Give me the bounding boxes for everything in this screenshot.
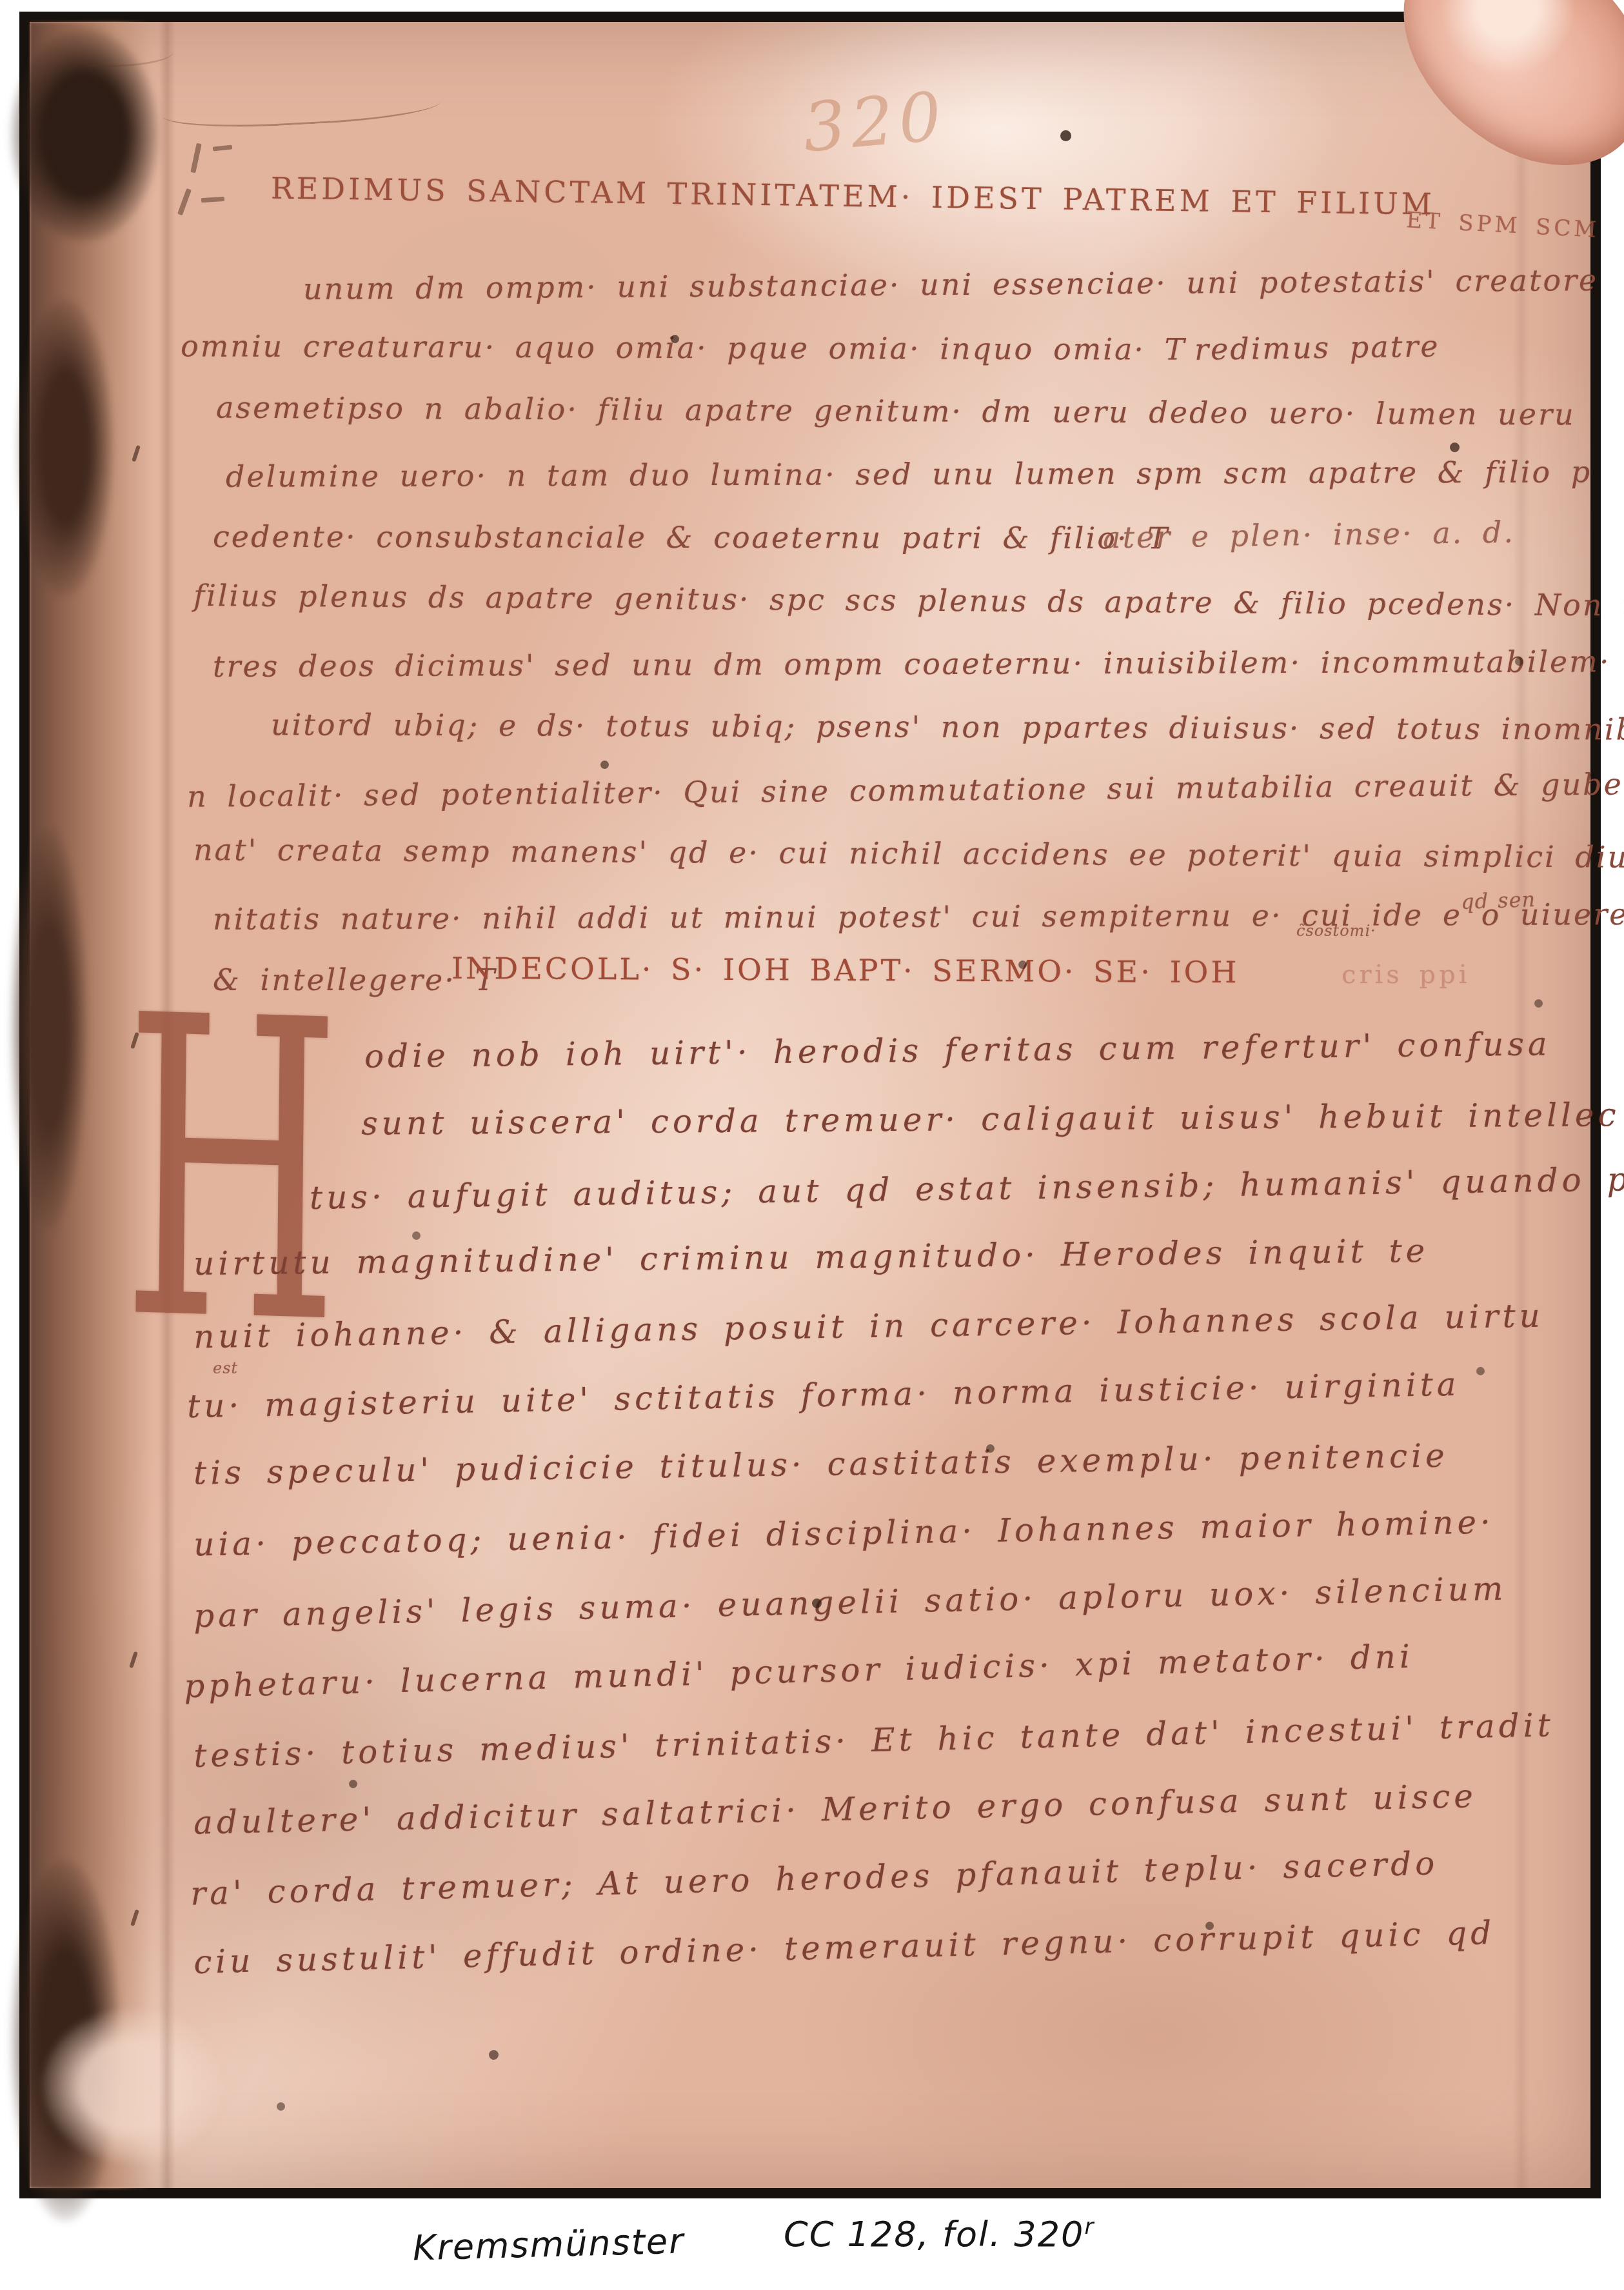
credo-line: tres deos dicimus' sed unu dm ompm coaet… xyxy=(213,644,1624,684)
caption-library: Kremsmünster xyxy=(412,2220,685,2268)
credo-line: cedente· consubstanciale & coaeternu pat… xyxy=(213,520,1169,555)
ink-specks xyxy=(0,0,5,5)
credo-line: redimus patre xyxy=(1194,329,1440,366)
folio-number: 320 xyxy=(800,77,949,168)
interlinear-gloss: c̃sostomi· xyxy=(1296,922,1376,941)
torn-edge-light-patch xyxy=(43,2009,223,2164)
credo-line: delumine uero· n tam duo lumina· sed unu… xyxy=(226,455,1592,493)
torn-edge-blotch xyxy=(17,299,114,596)
rubric-faded-tail: cris ppi xyxy=(1342,960,1471,990)
credo-line: uitord ubiq; e ds· totus ubiq; psens' no… xyxy=(271,708,1624,747)
credo-line: ater e plen· inse· a. d. xyxy=(1103,515,1516,555)
credo-line: nitatis nature· nihil addi ut minui pote… xyxy=(213,897,1624,937)
caption-shelfmark-text: CC 128, fol. 320 xyxy=(784,2214,1084,2255)
manuscript-photo: 320 REDIMUS SANCTAM TRINITATEM· IDEST PA… xyxy=(0,0,1624,2290)
torn-edge-blotch xyxy=(10,828,88,1228)
interlinear-gloss: est xyxy=(213,1360,238,1378)
credo-line: asemetipso n abalio· filiu apatre genitu… xyxy=(216,390,1576,432)
caption-folio-side: r xyxy=(1084,2214,1094,2240)
rubric-title: INDECOLL· S· IOH BAPT· SERMO· SE· IOH xyxy=(451,951,1240,990)
caption-shelfmark: CC 128, fol. 320r xyxy=(784,2214,1094,2255)
margin-note: qd sen xyxy=(1460,888,1536,914)
credo-line: omniu creaturaru· aquo omia· pque omia· … xyxy=(181,329,1187,366)
